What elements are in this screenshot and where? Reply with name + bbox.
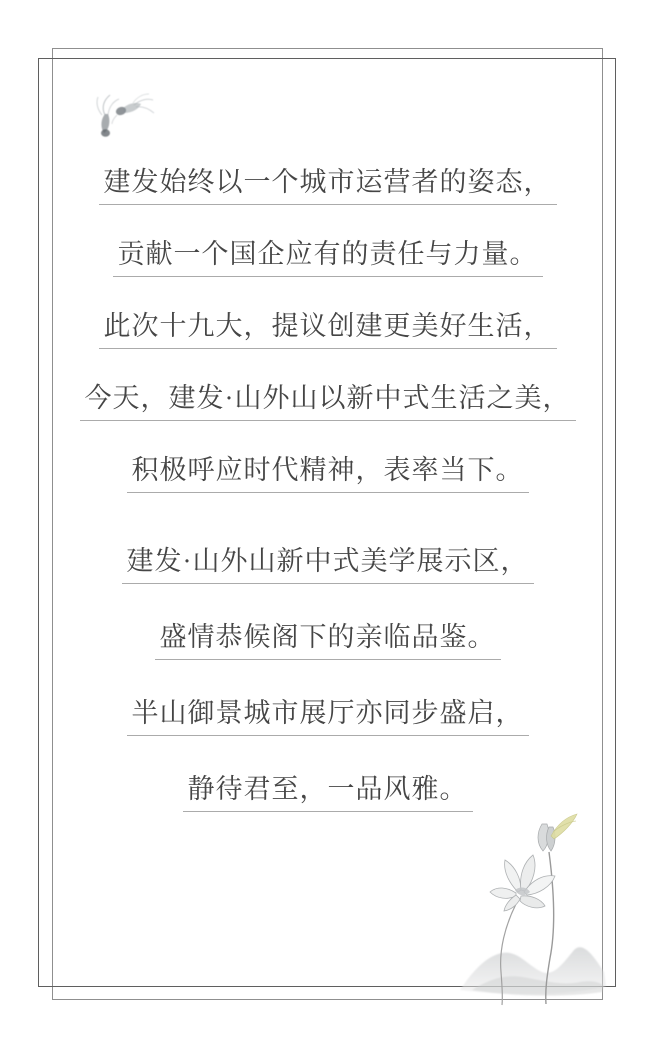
- underlined-text: 盛情恭候阁下的亲临品鉴。: [155, 624, 501, 660]
- text-line: 建发·山外山新中式美学展示区，: [0, 548, 655, 584]
- underlined-text: 积极呼应时代精神，表率当下。: [127, 457, 529, 493]
- goldfish-icon: [84, 88, 156, 142]
- text-line: 半山御景城市展厅亦同步盛启，: [0, 700, 655, 736]
- underlined-text: 静待君至，一品风雅。: [183, 776, 473, 812]
- text-line: 积极呼应时代精神，表率当下。: [0, 457, 655, 493]
- bud-accent-leaf: [551, 814, 577, 839]
- poster-copy: 建发始终以一个城市运营者的姿态， 贡献一个国企应有的责任与力量。 此次十九大，提…: [0, 169, 655, 852]
- lotus-ground-wave: [460, 947, 606, 995]
- underlined-text: 此次十九大，提议创建更美好生活，: [99, 313, 557, 349]
- underlined-text: 贡献一个国企应有的责任与力量。: [113, 241, 543, 277]
- text-line: 建发始终以一个城市运营者的姿态，: [0, 169, 655, 205]
- text-line: 盛情恭候阁下的亲临品鉴。: [0, 624, 655, 660]
- paragraph-1: 建发始终以一个城市运营者的姿态， 贡献一个国企应有的责任与力量。 此次十九大，提…: [0, 169, 655, 493]
- lotus-icon: [452, 790, 655, 1015]
- underlined-text: 半山御景城市展厅亦同步盛启，: [127, 700, 529, 736]
- underlined-text: 建发始终以一个城市运营者的姿态，: [99, 169, 557, 205]
- underlined-text: 今天，建发·山外山以新中式生活之美，: [80, 385, 576, 421]
- lotus-flower: [490, 855, 555, 911]
- text-line: 贡献一个国企应有的责任与力量。: [0, 241, 655, 277]
- text-line: 今天，建发·山外山以新中式生活之美，: [0, 385, 655, 421]
- underlined-text: 建发·山外山新中式美学展示区，: [122, 548, 534, 584]
- text-line: 此次十九大，提议创建更美好生活，: [0, 313, 655, 349]
- paragraph-2: 建发·山外山新中式美学展示区， 盛情恭候阁下的亲临品鉴。 半山御景城市展厅亦同步…: [0, 548, 655, 812]
